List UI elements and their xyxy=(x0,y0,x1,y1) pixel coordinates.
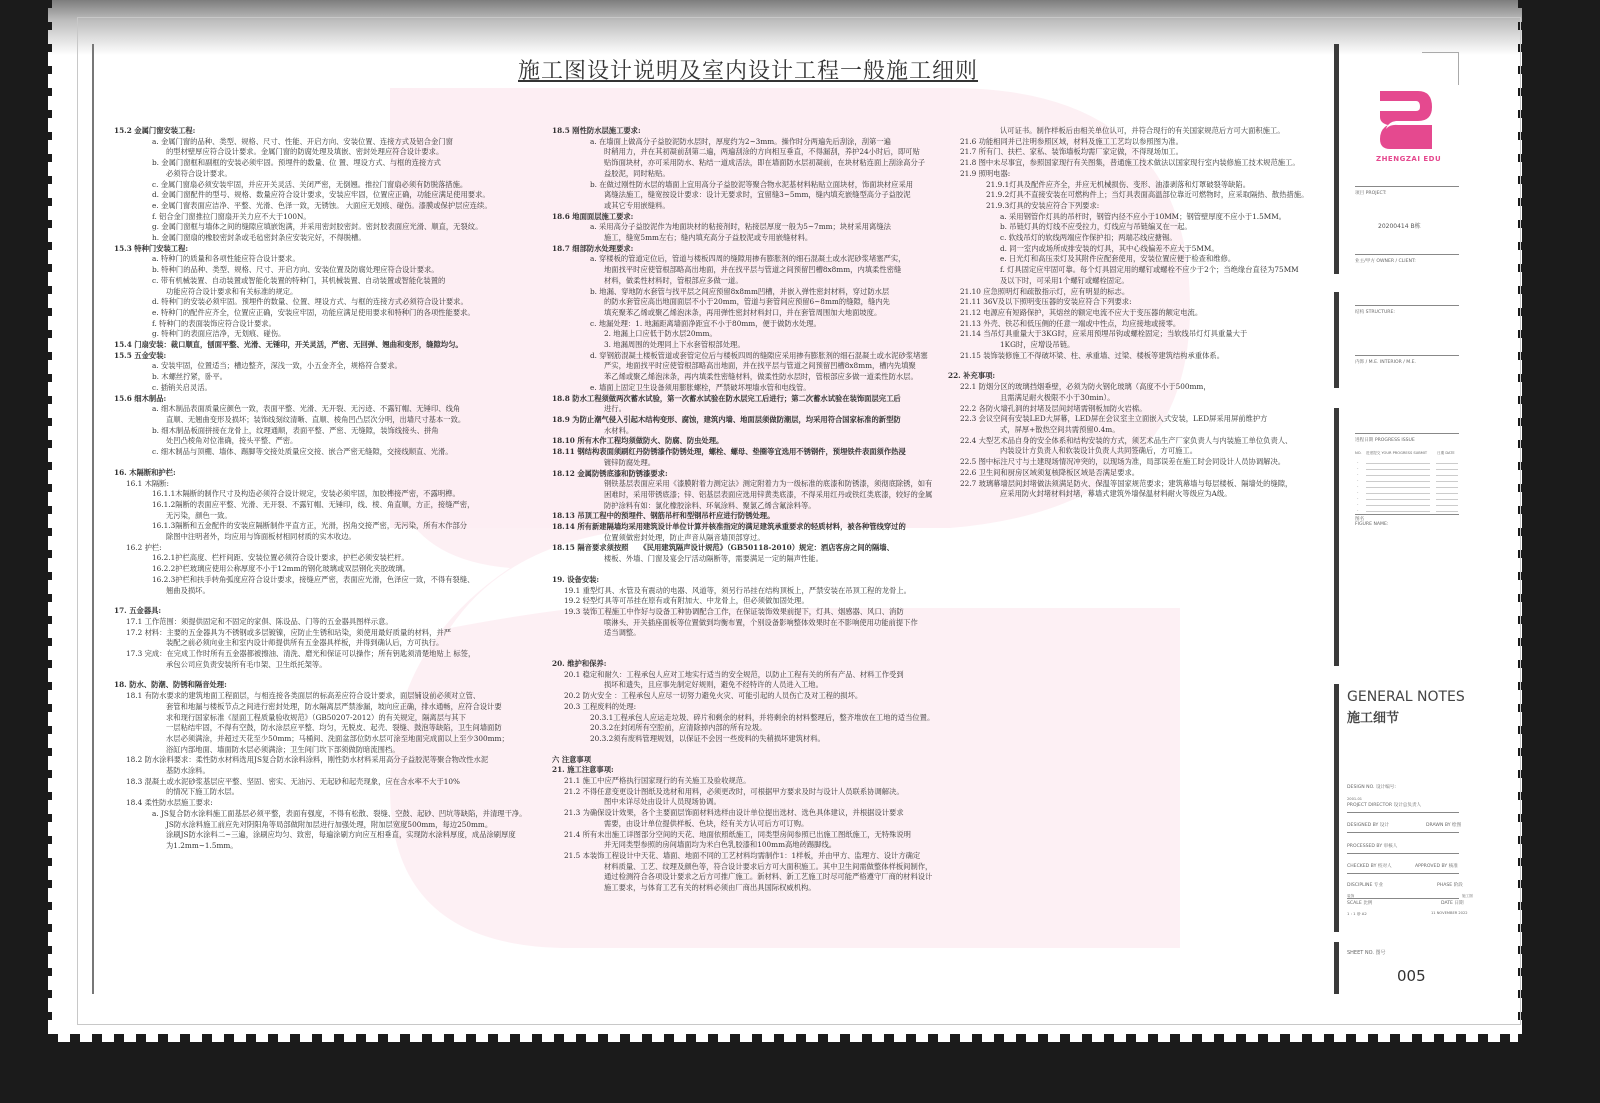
section-heading: 18.9 为防止潮气侵入引起木结构变形、腐蚀，建筑内墙、地面层须做防潮层，均采用… xyxy=(552,415,952,426)
note-line: 16.1.1木隔断的制作尺寸及构造必须符合设计规定，安装必须牢固，加胶榫接严密，… xyxy=(114,489,534,500)
note-line: d. 同一室内或场所成排安装的灯具，其中心线偏差不应大于5MM。 xyxy=(948,244,1328,255)
note-line: 时稍用力，并在其初凝前刮第二遍，两遍刮涂的方向相互垂直，不得漏刮，养护24小时后… xyxy=(552,147,952,158)
note-line: 适当调整。 xyxy=(552,628,952,639)
note-line: 材料质量、工艺、纹理及颜色等，符合设计要求后方可大面积施工。其中卫生间需做整体样… xyxy=(552,862,952,873)
section-heading: 18.13 吊顶工程中的预埋件、钢筋吊杆和型钢吊杆应进行防锈处理。 xyxy=(552,511,952,522)
note-line: 的型材壁厚应符合设计要求。金属门窗的防腐处理及填嵌、密封处理应符合设计要求。 xyxy=(114,147,534,158)
figure-title: GENERAL NOTES xyxy=(1347,689,1465,705)
progress-row-no: - xyxy=(1357,466,1358,470)
project-director-label: PROJECT DIRECTOR 设计总负责人 xyxy=(1347,802,1421,808)
note-line: 21.5 本装饰工程设计中天花、墙面、地面不同的工艺材料均需制作1：1样板，并由… xyxy=(552,851,952,862)
note-line: b. 细木制品板面拼接在龙骨上，纹理通顺，表面平整、严密、无缝隙，装饰线接头、拼… xyxy=(114,426,534,437)
design-no-label: DESIGN NO. 设计编号: xyxy=(1347,784,1396,790)
note-line: 19.2 轻型灯具等可吊挂在原有或有附加大、中龙骨上，但必须做加固处理。 xyxy=(552,596,952,607)
note-line: 16.2.1护栏高度、栏杆间距、安装位置必须符合设计要求，护栏必须安装栏杆。 xyxy=(114,553,534,564)
note-line: 21.12 电源应有短路保护，其熔丝的额定电流不应大于变压器的额定电流。 xyxy=(948,308,1328,319)
note-line: 无污染，颜色一致。 xyxy=(114,511,534,522)
note-line: 20.3.2须有废料管理规划，以保证不会因一些废料的失稍损坏建筑材料。 xyxy=(552,734,952,745)
section-heading: 18.11 钢结构表面须刷红丹防锈漆作防锈处理，螺栓、螺母、垫圈等宜选用不锈钢件… xyxy=(552,447,952,458)
note-line: 必须符合设计要求。 xyxy=(114,169,534,180)
note-line: 翘曲及损坏。 xyxy=(114,586,534,597)
note-line: 困难时，采用带锈底漆；锌、铝基层表面应选用锌黄类底漆，不得采用红丹或铁红类底漆，… xyxy=(552,490,952,501)
note-line: 式，屏厚+散热空间共需预留0.4m。 xyxy=(948,425,1328,436)
section-heading: 15.3 特种门安装工程: xyxy=(114,244,534,255)
section-heading: 18.15 隔音要求须按照 《民用建筑隔声设计规范》（GB50118-2010）… xyxy=(552,543,952,554)
progress-row-date-line xyxy=(1436,469,1458,470)
note-line: a. JS复合防水涂料施工面基层必须平整，表面有强度，不得有松散、裂缝、空鼓、起… xyxy=(114,809,534,820)
section-heading: 15.6 细木制品: xyxy=(114,394,534,405)
note-line: 21.6 功能相同并已注明参照区域，材料及施工工艺均以参照图为准。 xyxy=(948,137,1328,148)
note-line: a. 采用钢管作灯具的吊杆时，钢管内径不应小于10MM；钢管壁厚度不应小于1.5… xyxy=(948,212,1328,223)
note-line: 益胶泥，同时粘贴。 xyxy=(552,169,952,180)
note-line: 16.2.2护栏玻璃应使用公称厚度不小于12mm的钢化玻璃或双层钢化夹胶玻璃。 xyxy=(114,564,534,575)
note-line: 16.2 护栏: xyxy=(114,543,534,554)
divider xyxy=(1355,305,1459,306)
note-line: 22.4 大型艺术品自身的安全体系和结构安装的方式，须艺术品生产厂家负责人与内装… xyxy=(948,436,1328,447)
note-line: b. 金属门窗框和副框的安装必须牢固。预埋件的数量、位 置、埋设方式、与框的连接… xyxy=(114,158,534,169)
note-line: 17.1 工作范围：须提供固定和不固定的家俱、陈设品、门等的五金器具图样示意。 xyxy=(114,617,534,628)
sheet-no-value: 005 xyxy=(1397,967,1426,985)
note-line: c. 插销关启灵活。 xyxy=(114,383,534,394)
section-heading: 18.5 刚性防水层施工要求: xyxy=(552,126,952,137)
note-line: 的情况下施工防水层。 xyxy=(114,787,534,798)
spacer xyxy=(114,458,534,468)
note-line: 21.4 所有未出施工详图部分空间的天花、地面依照纸施工，同类型房间参照已出施工… xyxy=(552,830,952,841)
perforation-left xyxy=(40,0,52,1042)
progress-row-line xyxy=(1366,475,1430,476)
notes-column-2: 18.5 刚性防水层施工要求:a. 在墙面上做高分子益胶泥防水层时，厚度约为2~… xyxy=(552,126,952,894)
note-line: 22.1 防烟分区的玻璃挡烟垂壁，必须为防火钢化玻璃（高度不小于500mm， xyxy=(948,382,1328,393)
note-line: 通过检测符合各项设计要求之后方可推广施工。新材料、新工艺施工时尽可能严格遵守厂商… xyxy=(552,872,952,883)
note-line: 楼板、外墙、门窗及宴会厅活动隔断等，需要满足一定的隔声性能。 xyxy=(552,554,952,565)
note-line: 认可证书。制作样板后由相关单位认可，并符合现行的有关国家规范后方可大面积施工。 xyxy=(948,126,1328,137)
progress-row-date-line xyxy=(1436,511,1458,512)
note-line: 需要，由设计单位提供样板、色块，经有关方认可后方可订购。 xyxy=(552,819,952,830)
note-line: e. 特种门的配件应齐全，位置应正确，安装应牢固，功能应满足使用要求和特种门的各… xyxy=(114,308,534,319)
spacer xyxy=(948,361,1328,371)
note-line: 水材料。 xyxy=(552,426,952,437)
note-line: 20.3 工程废料的处理: xyxy=(552,702,952,713)
note-line: e. 日光灯和高压汞灯及其附件应配套使用，安装位置应便于检查和维修。 xyxy=(948,254,1328,265)
logo-text: ZHENGZAI EDU xyxy=(1376,155,1441,163)
note-line: a. 安装牢固，位置适当；槽边整齐，深浅一致，小五金齐全，规格符合要求。 xyxy=(114,361,534,372)
note-line: e. 墙面上固定卫生设备须用膨胀螺栓，严禁破坏埋墙水管和电线管。 xyxy=(552,383,952,394)
note-line: 图中未详尽处由设计人员现场协调。 xyxy=(552,797,952,808)
note-line: 19.3 装饰工程施工中作好与设备工种协调配合工作，在保证装饰效果前提下，灯具、… xyxy=(552,607,952,618)
note-line: 离缝法施工，缝宽按设计要求：设计无要求时，宜留缝3~5mm，缝内填充嵌缝型高分子… xyxy=(552,190,952,201)
notes-column-3: 认可证书。制作样板后由相关单位认可，并符合现行的有关国家规范后方可大面积施工。2… xyxy=(948,126,1328,500)
note-line: 22.3 会议空间有安装LED大屏幕，LED屏在会议室主立面嵌入式安装，LED屏… xyxy=(948,414,1328,425)
note-line: 功能应符合设计要求和有关标准的规定。 xyxy=(114,287,534,298)
approved-by-label: APPROVED BY 核准 xyxy=(1415,863,1458,869)
title-block-bar xyxy=(1334,684,1339,932)
note-line: c. 软线吊灯的软线两端应作保护扣；两端芯线应搪锡。 xyxy=(948,233,1328,244)
note-line: 21.14 当吊灯具重量大于3KG时，应采用预埋吊钩或螺栓固定；当软线吊灯灯具重… xyxy=(948,329,1328,340)
section-heading: 18.12 金属防锈底漆和防锈漆要求: xyxy=(552,469,952,480)
note-line: b. 特种门的品种、类型、规格、尺寸、开启方向、安装位置及防腐处理应符合设计要求… xyxy=(114,265,534,276)
progress-row-no: - xyxy=(1357,472,1358,476)
figure-label: FIGURE NAME: xyxy=(1355,522,1388,527)
note-line: 的防水套管应高出地面面层不小于20mm，管道与套管间应预留6~8mm的缝隙，缝内… xyxy=(552,297,952,308)
note-line: 喷淋头、开关插座面板等位置做到均衡布置，个别设备影响整体效果时在不影响使用功能前… xyxy=(552,618,952,629)
progress-row-no: - xyxy=(1357,484,1358,488)
processed-by-label: PROCESSED BY 审核人 xyxy=(1347,843,1397,849)
section-heading: 18.7 细部防水处理要求: xyxy=(552,244,952,255)
note-line: 施工，缝宽5mm左右；缝内填充高分子益胶泥或专用嵌缝材料。 xyxy=(552,233,952,244)
note-line: f. 铝合金门窗推拉门窗扇开关力应不大于100N。 xyxy=(114,212,534,223)
section-heading: 18.14 所有新建隔墙均采用建筑设计单位计算并核准指定的满足建筑承重要求的轻质… xyxy=(552,522,952,533)
section-heading: 20. 维护和保养: xyxy=(552,659,952,670)
note-line: 21.13 外壳、铁芯和低压侧的任意一端或中性点，均应接地或接零。 xyxy=(948,319,1328,330)
background-shadow xyxy=(48,1042,1522,1103)
progress-row-date-line xyxy=(1436,463,1458,464)
note-line: 18.3 混凝土或水泥砂浆基层应平整、坚固、密实、无油污、无起砂和起壳现象，应在… xyxy=(114,777,534,788)
note-line: 20.3.1工程承包人应运走垃圾、碎片和剩余的材料，并将剩余的材料整理后，整齐堆… xyxy=(552,713,952,724)
section-heading: 18.8 防水工程须做两次蓄水试验，第一次蓄水试验在防水层完工后进行；第二次蓄水… xyxy=(552,394,952,405)
note-line: 20.3.2在封闭所有空腔前，应清除掉内部的所有垃圾。 xyxy=(552,723,952,734)
structure-label: 结构 STRUCTURE: xyxy=(1355,309,1395,315)
note-line: 22.2 各防火墙孔洞的封堵及层间封堵需钢板加防火岩棉。 xyxy=(948,404,1328,415)
sheet-no-label: SHEET NO. 图号 xyxy=(1347,949,1386,956)
note-line: 2. 地漏上口应低于防水层20mm。 xyxy=(552,329,952,340)
divider xyxy=(1347,853,1459,854)
design-no-value: 2001-01 xyxy=(1347,797,1362,801)
progress-row-line xyxy=(1366,505,1430,506)
zhengzai-logo-icon xyxy=(1378,89,1434,151)
progress-row-line xyxy=(1366,463,1430,464)
note-line: 施工要求，与体育工艺有关的材料必须由厂商出具国际权威机构。 xyxy=(552,883,952,894)
note-line: 求和现行国家标准《屋面工程质量验收规范》（GB50207-2012）的有关规定，… xyxy=(114,713,534,724)
note-line: 20.2 防火安全 ：工程承包人应尽一切努力避免火灾、可能引起的人员伤亡及对工程… xyxy=(552,691,952,702)
progress-row-line xyxy=(1366,469,1430,470)
note-line: 22.5 图中标注尺寸与土建现场情况冲突的，以现场为准，局部误差在施工时会同设计… xyxy=(948,457,1328,468)
section-heading: 16. 木隔断和护栏: xyxy=(114,468,534,479)
section-heading: 15.2 金属门窗安装工程: xyxy=(114,126,534,137)
document-title: 施工图设计说明及室内设计工程一般施工细则 xyxy=(518,54,978,85)
note-line: b. 吊链灯具的灯线不应受拉力，灯线应与吊链编叉在一起。 xyxy=(948,222,1328,233)
divider xyxy=(1355,186,1459,187)
progress-row-no: - xyxy=(1357,502,1358,506)
progress-row-line xyxy=(1366,481,1430,482)
divider xyxy=(1347,832,1459,833)
corner-mark-line xyxy=(1422,52,1458,53)
section-heading: 15.4 门扇安装：裁口顺直，刨面平整、光滑、无锤印，开关灵活，严密、无回弹、翘… xyxy=(114,340,534,351)
section-heading: 22. 补充事项: xyxy=(948,371,1328,382)
note-line: 21.9.3灯具的安装应符合下列要求: xyxy=(948,201,1328,212)
progress-row-date-line xyxy=(1436,487,1458,488)
progress-col-no: NO. xyxy=(1355,451,1362,455)
note-line: 除图中注明者外，均应用与饰面板材相同材质的实木收边。 xyxy=(114,532,534,543)
note-line: 16.1.3隔断和五金配件的安装应隔断制作平直方正，光滑，拐角交接严密，无污染，… xyxy=(114,521,534,532)
note-line: a. 细木制品表面质量应颜色一致，表面平整、光滑、无开裂、无污迹、不露钉帽、无锤… xyxy=(114,404,534,415)
progress-row-no: - xyxy=(1357,496,1358,500)
note-line: 且需满足耐火极限不小于30min）。 xyxy=(948,393,1328,404)
designed-by-label: DESIGNED BY 设计 xyxy=(1347,822,1389,828)
progress-label: 进程日期 PROGRESS ISSUE xyxy=(1355,437,1415,443)
note-line: 承包公司应负责安装所有毛巾架、卫生纸托架等。 xyxy=(114,660,534,671)
note-line: 16.1.2隔断的表面应平整、光滑、无开裂、不露钉帽、无锤印，线、棱、角直顺，方… xyxy=(114,500,534,511)
note-line: c. 金属门窗扇必须安装牢固，并应开关灵活、关闭严密，无倒翘。推拉门窗扇必须有防… xyxy=(114,180,534,191)
checked-by-label: CHECKED BY 校对人 xyxy=(1347,863,1392,869)
title-block-bar xyxy=(1334,292,1339,388)
note-line: 进行。 xyxy=(552,404,952,415)
progress-row-date-line xyxy=(1436,475,1458,476)
left-margin-rule xyxy=(92,44,94,994)
progress-row-date-line xyxy=(1436,493,1458,494)
divider xyxy=(1355,254,1459,255)
note-line: JS防水涂料施工前应先对阴阳角等局部做附加层进行加强处理，附加层宽度500mm，… xyxy=(114,820,534,831)
note-line: 位置须做密封处理，防止声音从隔音墙顶部穿过。 xyxy=(552,533,952,544)
notes-column-1: 15.2 金属门窗安装工程:a. 金属门窗的品种、类型、规格、尺寸、性能、开启方… xyxy=(114,126,534,852)
note-line: 21.9.1灯具及配件应齐全，并应无机械损伤、变形、油漆剥落和灯罩破裂等缺陷。 xyxy=(948,180,1328,191)
note-line: a. 采用高分子益胶泥作为地面块材的粘接剂时，粘接层厚度一般为5~7mm；块材采… xyxy=(552,222,952,233)
note-line: 17.2 材料：主要的五金器具为不锈钢或多层镀镍，应防止生锈和玷染，须使用最好质… xyxy=(114,628,534,639)
divider xyxy=(1355,355,1459,356)
note-line: 18.4 柔性防水层施工要求: xyxy=(114,798,534,809)
note-line: 装配之前必须向业主和室内设计师提供所有五金器具样板，并得到确认后，方可执行。 xyxy=(114,638,534,649)
note-line: 21.3 为确保设计效果，各个主要面层饰面材料选样由设计单位提出选材、选色具体建… xyxy=(552,808,952,819)
spacer xyxy=(552,639,952,649)
note-line: 或其它专用嵌缝料。 xyxy=(552,201,952,212)
note-line: 3. 地漏周围的处理同上下水套管根部处理。 xyxy=(552,340,952,351)
note-line: 21.9.2灯具不直接安装在可燃构件上；当灯具表面高温部位靠近可燃物时，应采取隔… xyxy=(948,190,1328,201)
note-line: 钢铁基层表面应采用《漆膜附着力测定法》测定附着力为一级标准的底漆和防锈漆，须彻底… xyxy=(552,479,952,490)
note-line: 17.3 完成：在完成工作时所有五金器都被擦油、清洗、磨光和保证可以操作；所有钥… xyxy=(114,649,534,660)
discipline-label: DISCIPLINE 专业 xyxy=(1347,882,1383,888)
note-line: 内装设计方负责人和软装设计负责人共同签确后，方可施工。 xyxy=(948,446,1328,457)
note-line: 1KG时，应增设吊链。 xyxy=(948,340,1328,351)
progress-row-no: - xyxy=(1357,478,1358,482)
note-line: 22.7 玻璃幕墙层间封堵做法须满足防火、保温等国家规范要求；建筑幕墙与每层楼板… xyxy=(948,479,1328,490)
note-line: 严实，地面找平时应使管根部略高出地面，并在找平层与管道之间预留凹槽8x8mm，槽… xyxy=(552,361,952,372)
note-line: d. 金属门窗配件的型号、规格、数量应符合设计要求，安装应牢固，位置应正确，功能… xyxy=(114,190,534,201)
note-line: d. 特种门的安装必须牢固。预埋件的数量、位置、埋设方式、与框的连接方式必须符合… xyxy=(114,297,534,308)
note-line: b. 木螺丝拧紧，卧平。 xyxy=(114,372,534,383)
note-line: 材料，做柔性材料时，管根部应多做一道。 xyxy=(552,276,952,287)
note-line: 21.8 图中未尽事宜，参照国家现行有关图集，普通施工技术做法以国家现行室内装修… xyxy=(948,158,1328,169)
note-line: c. 带有机械装置、自动装置或智能化装置的特种门，其机械装置、自动装置或智能化装… xyxy=(114,276,534,287)
project-label: 项目 PROJECT: xyxy=(1355,190,1387,196)
progress-row-line xyxy=(1366,487,1430,488)
section-heading: 19. 设备安装: xyxy=(552,575,952,586)
section-heading: 21. 施工注意事项: xyxy=(552,765,952,776)
divider xyxy=(1355,433,1459,434)
note-line: 16.2.3护栏和扶手转角弧度应符合设计要求，接缝应严密，表面应光滑，色泽应一致… xyxy=(114,575,534,586)
note-line: 防护涂料有如：氯化橡胶涂料、环氧涂料、聚氯乙烯含氟涂料等。 xyxy=(552,501,952,512)
note-line: 水层必须满涂，并超过天花至少50mm；马桶间、洗面盆部位防水层可涂至地面完成面以… xyxy=(114,734,534,745)
section-heading: 18. 防水、防潮、防锈和隔音处理: xyxy=(114,680,534,691)
note-line: 21.7 所有门、扶栏、家私、装饰墙板均需厂家定做，不得现场加工。 xyxy=(948,147,1328,158)
note-line: 填充聚苯乙烯或聚乙烯泡沫条，再用弹性密封材料封口，并在套管周围加大地面坡度。 xyxy=(552,308,952,319)
phase-value: 施工图 xyxy=(1462,894,1473,899)
divider xyxy=(1347,898,1459,899)
divider xyxy=(1347,873,1459,874)
scale-value: 1 : 1 @ A2 xyxy=(1347,911,1367,916)
interior-label: 内饰 / M.E. INTERIOR / M.E. xyxy=(1355,359,1416,365)
section-heading: 六 注意事项 xyxy=(552,755,952,766)
spacer xyxy=(114,670,534,680)
progress-row-no: - xyxy=(1357,460,1358,464)
note-line: 直顺、无翘曲变形及损坏；装饰线刻纹清晰、直顺、棱角凹凸层次分明，出墙尺寸基本一致… xyxy=(114,415,534,426)
spacer xyxy=(552,745,952,755)
title-block-bar xyxy=(1334,408,1339,666)
note-line: f. 特种门的表面装饰应符合设计要求。 xyxy=(114,319,534,330)
note-line: b. 地漏、穿地防水套管与找平层之间应预留8x8mm凹槽，并嵌入弹性密封材料，穿… xyxy=(552,287,952,298)
note-line: 16.1 木隔断: xyxy=(114,479,534,490)
note-line: h. 金属门窗扇的橡胶密封条或毛毡密封条应安装完好，不得脱槽。 xyxy=(114,233,534,244)
note-line: 21.1 施工中应严格执行国家现行的有关施工及验收规范。 xyxy=(552,776,952,787)
note-line: 21.10 应急照明灯和疏散指示灯，应有明显的标志。 xyxy=(948,287,1328,298)
note-line: a. 金属门窗的品种、类型、规格、尺寸、性能、开启方向、安装位置、连接方式及铝合… xyxy=(114,137,534,148)
note-line: c. 地漏处理：1. 地漏距离墙面净距宜不小于80mm，便于做防水处理。 xyxy=(552,319,952,330)
figure-title-cn: 施工细节 xyxy=(1347,707,1399,726)
section-heading: 18.6 地面面层施工要求: xyxy=(552,212,952,223)
note-line: 21.15 装饰装修施工不得破坏梁、柱、承重墙、过梁、楼板等建筑结构承重体系。 xyxy=(948,351,1328,362)
spacer xyxy=(114,596,534,606)
project-value: 20200414 B栋 xyxy=(1378,221,1421,230)
phase-label: PHASE 阶段 xyxy=(1437,882,1463,888)
divider xyxy=(1347,812,1459,813)
progress-row-no: - xyxy=(1357,508,1358,512)
note-line: c. 细木制品与顶棚、墙体、踢脚等交接处质量应交接、嵌合严密无缝隙，交接线顺直、… xyxy=(114,447,534,458)
note-line: 并无同类型参照的房间墙面均为米白色乳胶漆和100mm高地砖踢脚线。 xyxy=(552,840,952,851)
progress-row-date-line xyxy=(1436,481,1458,482)
owner-label: 业主/甲方 OWNER / CLIENT: xyxy=(1355,258,1416,264)
title-block-bar xyxy=(1334,942,1339,994)
note-line: 一层粘结牢固，不得有空鼓，防水涂层应平整、均匀，无脱皮、起壳、裂缝、鼓泡等缺陷，… xyxy=(114,723,534,734)
note-line: 处凹凸棱角对位准确，接头平整、严密。 xyxy=(114,436,534,447)
scale-label: SCALE 比例 xyxy=(1347,900,1372,906)
spacer xyxy=(552,565,952,575)
note-line: 苯乙烯或聚乙烯泡沫条，再内填柔性密缝材料，做柔性防水层时，管根部应多做一道柔性防… xyxy=(552,372,952,383)
drawn-by-label: DRAWN BY 绘图 xyxy=(1426,822,1461,828)
note-line: e. 金属门窗表面应洁净、平整、光滑、色泽一致，无锈蚀。 大面应无划痕、碰伤。漆… xyxy=(114,201,534,212)
note-line: 应采用防火封堵材料封堵，幕墙式建筑外墙保温材料耐火等级应为A级。 xyxy=(948,489,1328,500)
note-line: 套管和地漏与楼板节点之间进行密封处理，防水隔离层严禁渗漏，坡向应正确，排水通畅，… xyxy=(114,702,534,713)
divider xyxy=(1355,514,1459,515)
note-line: 地面找平时应使管根部略高出地面，并在找平层与管道之间预留凹槽8x8mm，内填柔性… xyxy=(552,265,952,276)
date-label: DATE 日期 xyxy=(1441,900,1464,906)
progress-col-submit: 进度提交 YOUR PROGRESS SUBMIT xyxy=(1366,451,1427,456)
note-line: 21.9 照明电器: xyxy=(948,169,1328,180)
note-line: a. 在墙面上做高分子益胶泥防水层时，厚度约为2~3mm。操作时分两遍先后刮涂，… xyxy=(552,137,952,148)
progress-row-date-line xyxy=(1436,499,1458,500)
note-line: 镀锌防腐处理。 xyxy=(552,458,952,469)
section-heading: 18.10 所有木作工程均须做防火、防腐、防虫处理。 xyxy=(552,436,952,447)
section-heading: 15.5 五金安装: xyxy=(114,351,534,362)
note-line: 18.2 防水涂料要求：柔性防水材料选用JS复合防水涂料涂料，刚性防水材料采用高… xyxy=(114,755,534,766)
note-line: g. 金属门窗框与墙体之间的缝隙应填嵌饱满，并采用密封胶密封。密封胶表面应光滑、… xyxy=(114,222,534,233)
note-line: 19.1 重型灯具、水管及有震动的电器、风道等，须另行吊挂在结构顶板上，严禁安装… xyxy=(552,586,952,597)
note-line: 损坏和遗失，且应事先制定好规则，避免不经特许的人员进入工地。 xyxy=(552,680,952,691)
note-line: a. 穿楼板的管道定位后，管道与楼板四周的缝隙用掺有膨胀剂的细石混凝土或水泥砂浆… xyxy=(552,254,952,265)
note-line: d. 穿钢筋混凝土楼板管道或套管定位后与楼板四周的缝隙应采用掺有膨胀剂的细石混凝… xyxy=(552,351,952,362)
note-line: 涂刷JS防水涂料二~三遍，涂刷应均匀、致密，每遍涂刷方向应互相垂直，实现防水涂料… xyxy=(114,830,534,841)
spacer xyxy=(552,649,952,659)
title-block-bar xyxy=(1334,44,1339,274)
progress-row-no: - xyxy=(1357,490,1358,494)
note-line: 及以下时，可采用1个螺钉或螺栓固定。 xyxy=(948,276,1328,287)
note-line: a. 特种门的质量和各项性能应符合设计要求。 xyxy=(114,254,534,265)
corner-mark xyxy=(1453,52,1459,85)
progress-row-line xyxy=(1366,511,1430,512)
note-line: b. 在做过刚性防水层的墙面上宜用高分子益胶泥等聚合物水泥基材料粘贴立面块材，饰… xyxy=(552,180,952,191)
note-line: 浴缸内部地面、墙面防水层必须满涂；卫生间门坎下部须做防暗流围档。 xyxy=(114,745,534,756)
note-line: 18.1 有防水要求的建筑地面工程面层，与相连接各类面层的标高差应符合设计要求，… xyxy=(114,691,534,702)
progress-row-line xyxy=(1366,499,1430,500)
note-line: 为1.2mm~1.5mm。 xyxy=(114,841,534,852)
progress-col-date: 日期 DATE xyxy=(1437,451,1455,456)
progress-row-line xyxy=(1366,493,1430,494)
note-line: g. 特种门的表面应洁净，无划痕、碰伤。 xyxy=(114,329,534,340)
note-line: 22.6 卫生间和厨房区域须复核降板区域是否满足要求。 xyxy=(948,468,1328,479)
note-line: 基防水涂料。 xyxy=(114,766,534,777)
note-line: 20.1 稳定和耐久：工程承包人应对工地实行适当的安全规范，以防止工程有关的所有… xyxy=(552,670,952,681)
progress-row-date-line xyxy=(1436,505,1458,506)
note-line: 21.2 不得任意变更设计图纸及选材和用料，必须更改时，可根据甲方要求及时与设计… xyxy=(552,787,952,798)
note-line: 21.11 36V及以下照明变压器的安装应符合下列要求: xyxy=(948,297,1328,308)
section-heading: 17. 五金器具: xyxy=(114,606,534,617)
note-line: 贴饰面块材，亦可采用防水、粘结一道成活法，即在墙面防水层初凝前，在块材粘连面上刮… xyxy=(552,158,952,169)
note-line: f. 灯具固定应牢固可靠。每个灯具固定用的螺钉或螺栓不应少于2个；当绝缘台直径为… xyxy=(948,265,1328,276)
date-value: 11 NOVEMBER 2022 xyxy=(1431,911,1468,915)
